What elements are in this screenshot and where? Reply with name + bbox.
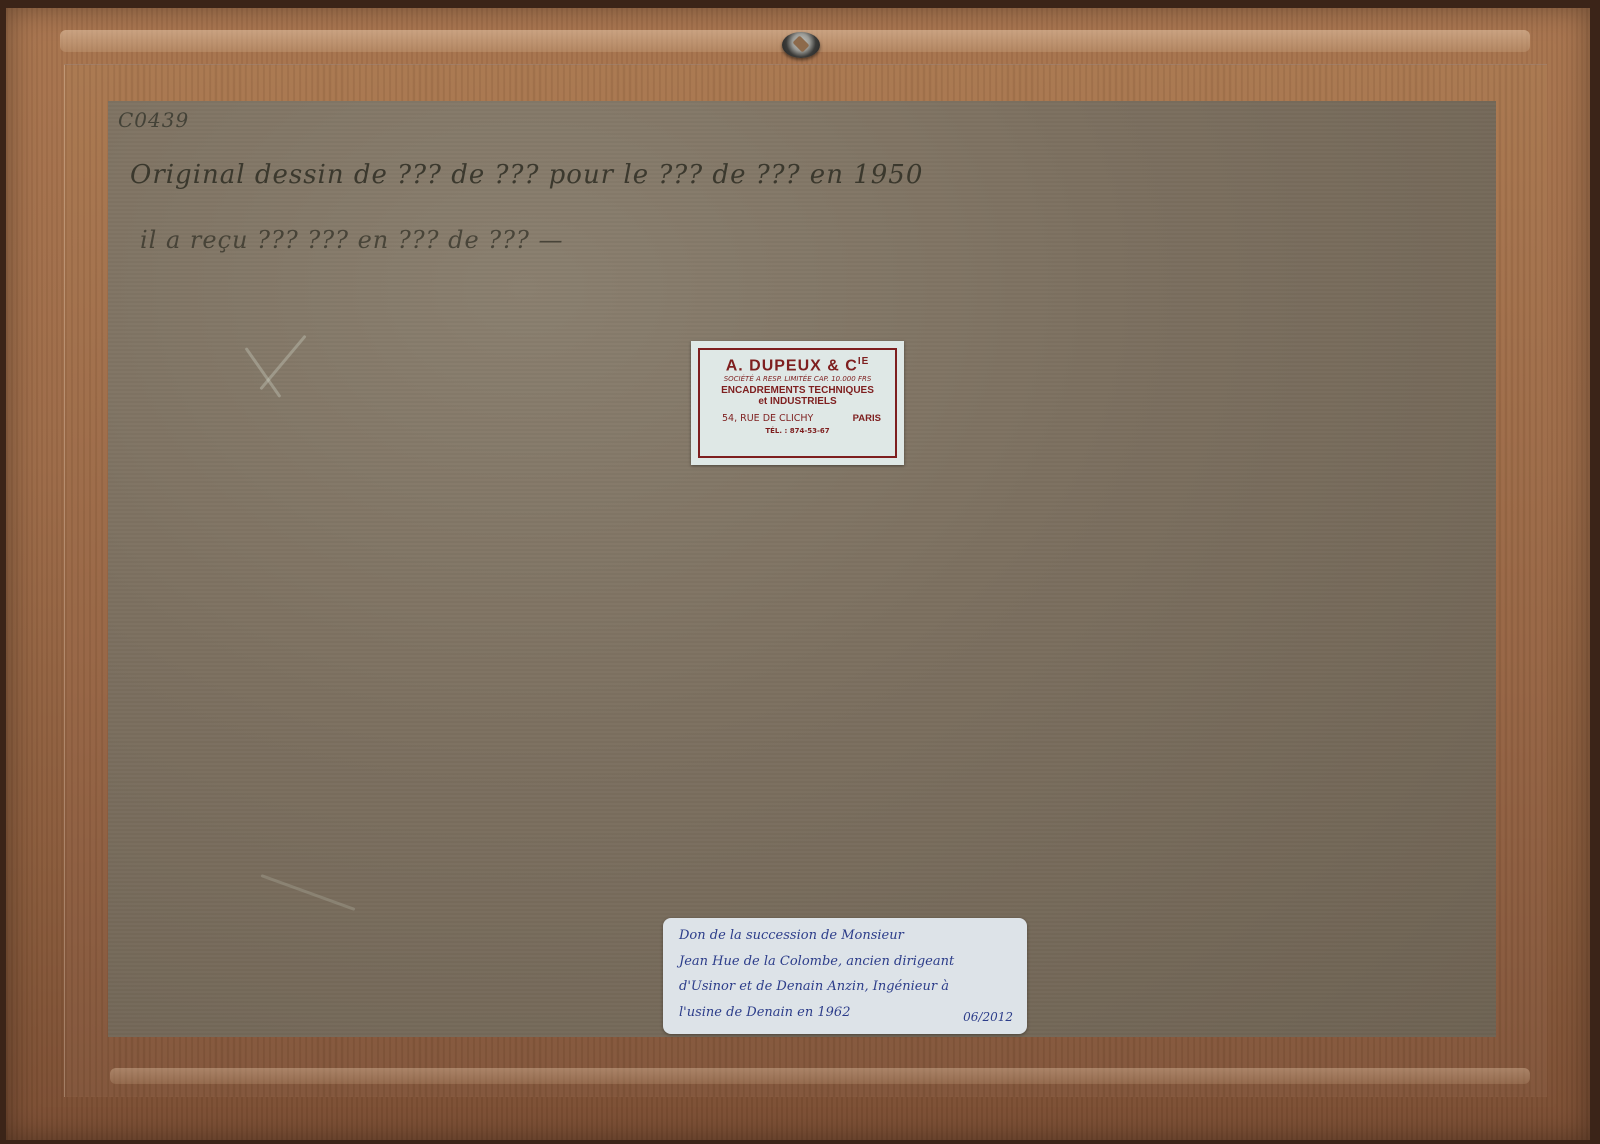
framer-name: A. DUPEUX & CIE xyxy=(700,356,895,375)
framer-name-sup: IE xyxy=(858,356,869,367)
framer-label-border: A. DUPEUX & CIE SOCIÉTÉ A RESP. LIMITÉE … xyxy=(698,348,897,458)
framer-service-line1: ENCADREMENTS TECHNIQUES xyxy=(700,385,895,396)
donation-note-line: Jean Hue de la Colombe, ancien dirigeant xyxy=(679,954,954,969)
donation-note-date: 06/2012 xyxy=(963,1010,1013,1024)
hanging-ring-icon xyxy=(782,32,820,58)
scratch-mark xyxy=(259,335,306,391)
framer-name-text: A. DUPEUX & C xyxy=(726,357,858,374)
framer-company-form: SOCIÉTÉ A RESP. LIMITÉE CAP. 10.000 FRS xyxy=(700,375,895,383)
framer-service-line2: et INDUSTRIELS xyxy=(700,396,895,407)
framer-address: 54, RUE DE CLICHY xyxy=(722,413,813,424)
inventory-number: C0439 xyxy=(118,108,189,132)
donation-note-card: Don de la succession de Monsieur Jean Hu… xyxy=(663,918,1027,1034)
scratch-mark xyxy=(261,874,356,911)
pencil-inscription-line2: il a reçu ??? ??? en ??? de ??? — xyxy=(140,226,564,254)
framer-phone: TÉL. : 874-53-67 xyxy=(700,427,895,435)
pencil-inscription-line1: Original dessin de ??? de ??? pour le ??… xyxy=(130,160,923,190)
framer-address-row: 54, RUE DE CLICHY PARIS xyxy=(700,413,895,424)
framer-label: A. DUPEUX & CIE SOCIÉTÉ A RESP. LIMITÉE … xyxy=(691,341,904,465)
donation-note-line: l'usine de Denain en 1962 xyxy=(679,1005,850,1020)
picture-frame-back: C0439 Original dessin de ??? de ??? pour… xyxy=(0,0,1600,1144)
bottom-tape-strip xyxy=(110,1068,1530,1084)
framer-city: PARIS xyxy=(853,413,881,424)
donation-note-line: Don de la succession de Monsieur xyxy=(679,928,904,943)
donation-note-line: d'Usinor et de Denain Anzin, Ingénieur à xyxy=(679,979,949,994)
